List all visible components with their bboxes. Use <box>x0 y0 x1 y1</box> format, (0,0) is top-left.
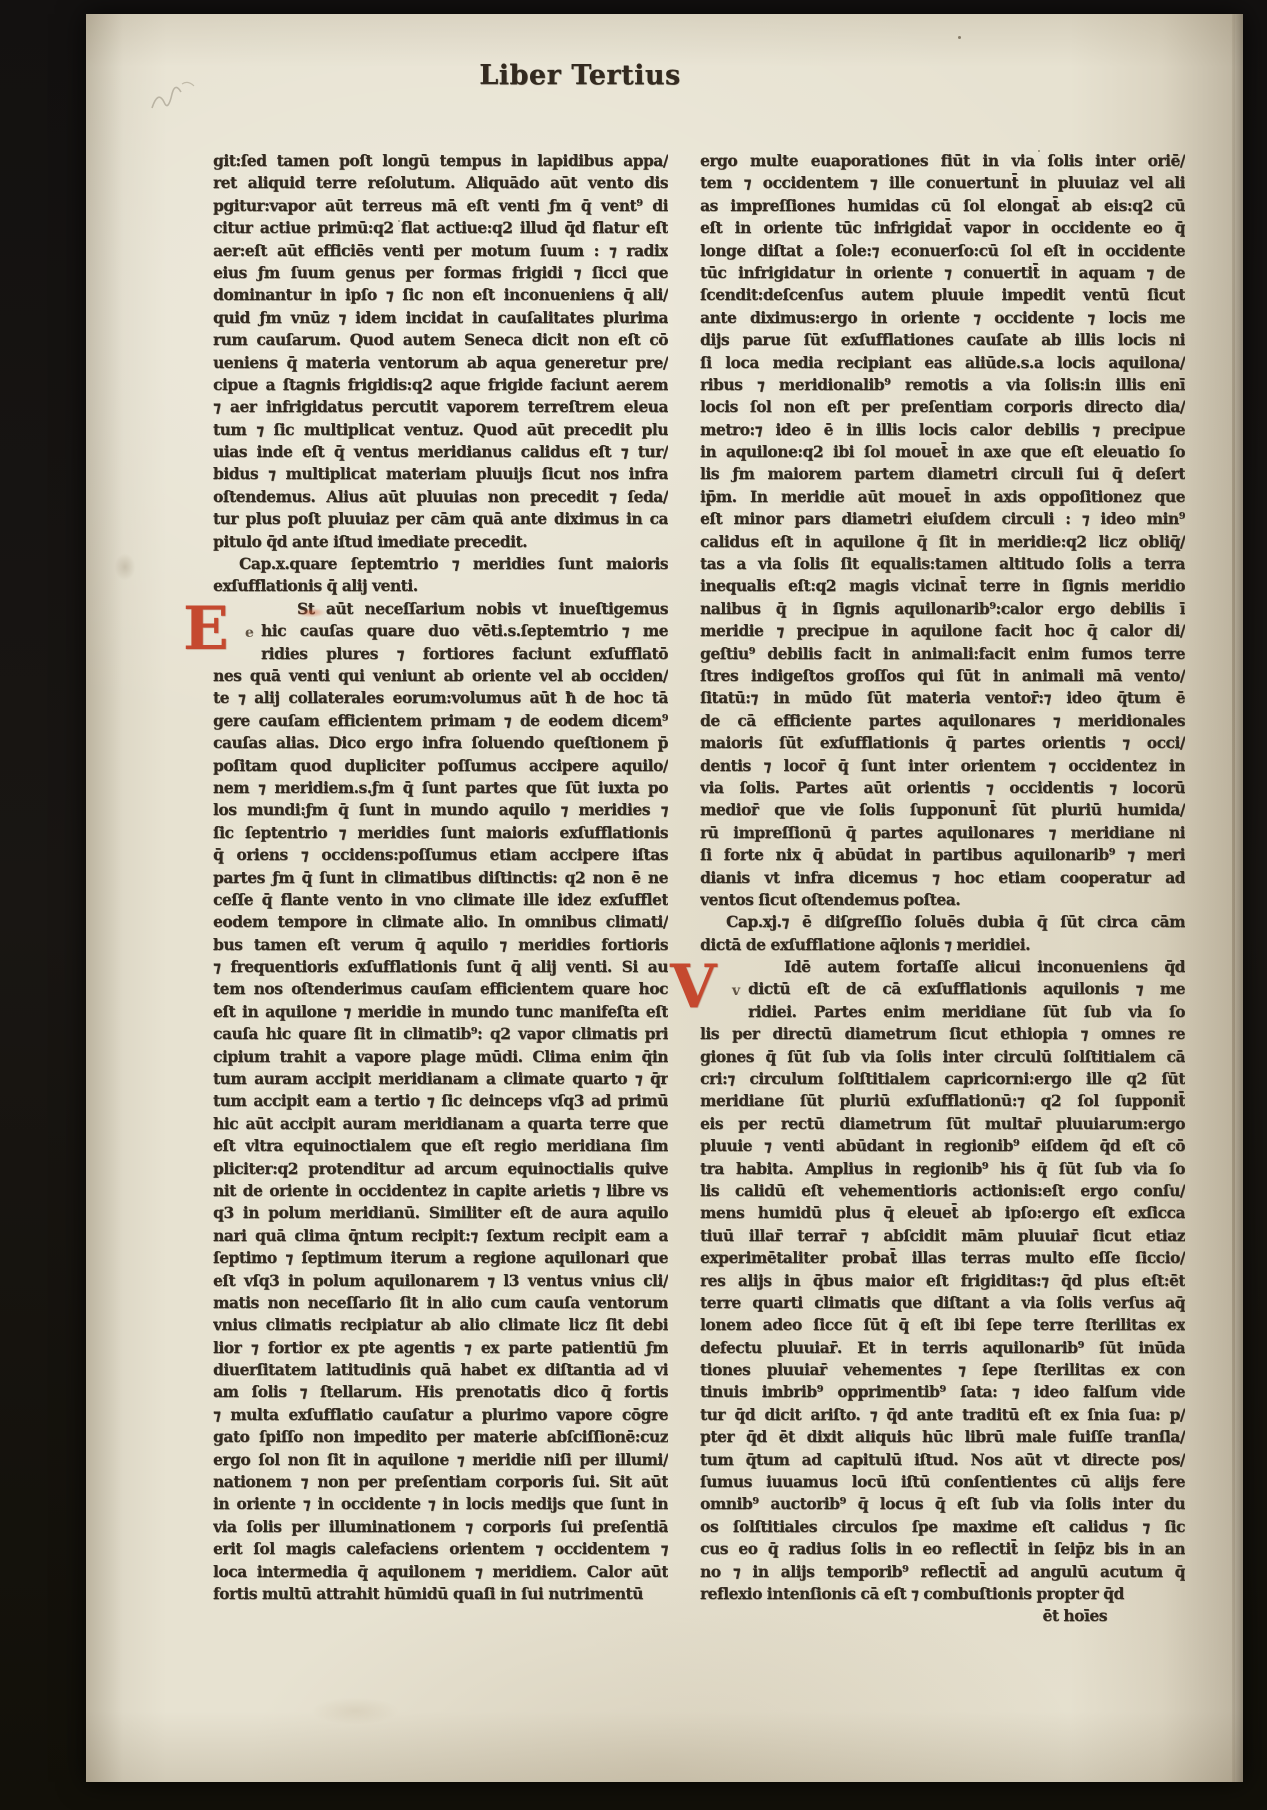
text-line: tūc infrigidatur in oriente ⁊ conuertit̄… <box>700 262 1185 284</box>
text-line: poſitam quod dupliciter poſſumus acciper… <box>213 755 668 777</box>
text-line: lonem adeo ſicce ſūt q̄ eſt ibi ſepe ter… <box>700 1314 1185 1336</box>
text-line: Idē autem fortaſſe alicui inconueniens q… <box>700 956 1185 978</box>
text-line: via ſolis per illuminationem ⁊ corporis … <box>213 1516 668 1538</box>
text-line: am ſolis ⁊ ſtellarum. His prenotatis dic… <box>213 1381 668 1403</box>
text-line: in oriente ⁊ in occidente ⁊ in locis med… <box>213 1493 668 1515</box>
text-line: cipue a ſtagnis frigidis:q2 aque frigide… <box>213 374 668 396</box>
text-line: matis non neceſſario ſit in alio cum cau… <box>213 1292 668 1314</box>
text-line: te ⁊ alij collaterales eorum:volumus aūt… <box>213 687 668 709</box>
text-line: nari quā clima q̄ntum recipit:⁊ ſextum r… <box>213 1225 668 1247</box>
text-line: no ⁊ in alijs temporib⁹ reflectit̄ ad an… <box>700 1561 1185 1583</box>
text-line: tra habita. Amplius in regionib⁹ his q̄ … <box>700 1158 1185 1180</box>
guide-letter: e <box>245 626 253 640</box>
text-line: quid ƒm vnūz ⁊ idem incidat in cauſalita… <box>213 307 668 329</box>
text-line: fortis multū attrahit hūmidū quaſi in ſu… <box>213 1583 668 1605</box>
dust-speck <box>398 220 400 222</box>
text-line: tiuū illar̄ terrar̄ ⁊ abſcidit mām pluui… <box>700 1225 1185 1247</box>
chapter-heading: Cap.x.quare ſeptemtrio ⁊ meridies ſunt m… <box>213 553 668 598</box>
text-line: nationem ⁊ non per preſentiam corporis ſ… <box>213 1471 668 1493</box>
book-page: Liber Tertius git:ſed tamen poſt longū t… <box>86 14 1243 1782</box>
text-line: dianis vt infra dicemus ⁊ hoc etiam coop… <box>700 867 1185 889</box>
text-line: Cap.xj.⁊ ē diſgreſſio ſoluēs dubia q̄ ſū… <box>700 911 1185 933</box>
text-line: St aūt neceſſarium nobis vt inueſtigemus <box>213 598 668 620</box>
text-line: ſic ſeptentrio ⁊ meridies ſunt maioris e… <box>213 822 668 844</box>
text-line: dentis ⁊ locor̄ q̄ ſunt inter orientem ⁊… <box>700 755 1185 777</box>
chapter-heading: Cap.xj.⁊ ē diſgreſſio ſoluēs dubia q̄ ſū… <box>700 911 1185 956</box>
text-line: tem ⁊ occidentem ⁊ ille conuertunt̄ in p… <box>700 172 1185 194</box>
dust-speck <box>1038 150 1040 152</box>
text-line: as impreſſiones humidas cū ſol elongat̄ … <box>700 195 1185 217</box>
text-line: ēt hoīes <box>700 1605 1185 1627</box>
text-line: ſi forte nix q̄ abūdat in partibus aquil… <box>700 844 1185 866</box>
text-line: bus tamen eſt verum q̄ aquilo ⁊ meridies… <box>213 934 668 956</box>
paragraph: EeSt aūt neceſſarium nobis vt inueſtigem… <box>213 598 668 1606</box>
text-line: longe diſtat a ſole:⁊ econuerſo:cū ſol e… <box>700 240 1185 262</box>
text-line: tum auram accipit meridianam a climate q… <box>213 1068 668 1090</box>
text-line: reflexio intenſionis cā eſt ⁊ combuſtion… <box>700 1583 1185 1605</box>
rubricated-initial: V <box>670 958 716 1016</box>
text-line: hic cauſas quare duo vēti.s.ſeptemtrio ⁊… <box>213 620 668 642</box>
text-line: hic aūt accipit auram meridianam a quart… <box>213 1113 668 1135</box>
text-line: erit ſol magis calefaciens orientem ⁊ oc… <box>213 1538 668 1560</box>
text-line: rum cauſarum. Quod autem Seneca dicit no… <box>213 329 668 351</box>
text-line: bidus ⁊ multiplicat materiam pluuijs ſic… <box>213 463 668 485</box>
text-line: ⁊ aer infrigidatus percutit vaporem terr… <box>213 396 668 418</box>
text-line: ridies plures ⁊ fortiores faciunt exſuff… <box>213 643 668 665</box>
text-line: dictā de exſufflatione aq̄lonis ⁊ meridi… <box>700 934 1185 956</box>
text-line: ⁊ frequentioris exſufflationis ſunt q̄ a… <box>213 956 668 978</box>
text-line: cri:⁊ circulum ſolſtitialem capricorni:e… <box>700 1068 1185 1090</box>
text-line: los mundi:ƒm q̄ ſunt in mundo aquilo ⁊ m… <box>213 799 668 821</box>
page-crease <box>1232 14 1235 1782</box>
text-line: dominantur in ipſo ⁊ ſic non eſt inconue… <box>213 284 668 306</box>
text-line: exſufflationis q̄ alij venti. <box>213 575 668 597</box>
text-line: tum q̄tum ad capitulū iſtud. Nos aūt vt … <box>700 1449 1185 1471</box>
text-line: gere cauſam efficientem primam ⁊ de eode… <box>213 710 668 732</box>
text-line: eſt vltra equinoctialem que eſt regio me… <box>213 1135 668 1157</box>
text-line: cus eo q̄ radius ſolis in eo reflectit̄ … <box>700 1538 1185 1560</box>
text-line: mens humidū plus q̄ eleuet̄ ab ipſo:ergo… <box>700 1202 1185 1224</box>
text-line: eſt vſq3 in polum aquilonarem ⁊ l3 ventu… <box>213 1270 668 1292</box>
text-line: ſeptimo ⁊ ſeptimum iterum a regione aqui… <box>213 1247 668 1269</box>
text-line: citur actiue primū:q2 flat actiue:q2 ill… <box>213 217 668 239</box>
stain <box>300 1694 410 1728</box>
text-line: cauſa hic quare ſit in climatib⁹: q2 vap… <box>213 1023 668 1045</box>
text-line: maioris ſūt exſufflationis q̄ partes ori… <box>700 732 1185 754</box>
text-line: terre quarti climatis que diſtant a via … <box>700 1292 1185 1314</box>
text-line: rū impreſſionū q̄ partes aquilonares ⁊ m… <box>700 822 1185 844</box>
text-line: q̄ oriens ⁊ occidens:poſſumus etiam acci… <box>213 844 668 866</box>
scan-background: Liber Tertius git:ſed tamen poſt longū t… <box>0 0 1267 1810</box>
text-line: defectu pluuiar̄. Et in terris aquilonar… <box>700 1337 1185 1359</box>
marginalia-mark <box>148 72 200 120</box>
text-line: tinuis imbrib⁹ opprimentib⁹ ſata: ⁊ ideo… <box>700 1381 1185 1403</box>
text-line: ergo ſol non ſit in aquilone ⁊ meridie n… <box>213 1449 668 1471</box>
text-line: tiones pluuiar̄ vehementes ⁊ ſepe ſteril… <box>700 1359 1185 1381</box>
paragraph: VvIdē autem fortaſſe alicui inconueniens… <box>700 956 1185 1605</box>
text-line: tum accipit eam a tertio ⁊ ſic deinceps … <box>213 1090 668 1112</box>
text-line: os ſolſtitiales circulos ſpe maxime eſt … <box>700 1516 1185 1538</box>
text-line: ret aliquid terre reſolutum. Aliquādo aū… <box>213 172 668 194</box>
text-line: cipium trahit a vapore plage mūdi. Clima… <box>213 1046 668 1068</box>
stain <box>786 314 1086 734</box>
text-line: ſcendit:deſcenſus autem pluuie impedit v… <box>700 284 1185 306</box>
text-line: loca intermedia q̄ aquilonem ⁊ meridiem.… <box>213 1561 668 1583</box>
red-smudge <box>291 606 331 619</box>
text-line: dictū eſt de cā exſufflationis aquilonis… <box>700 978 1185 1000</box>
text-line: pluuie ⁊ venti abūdant in regionib⁹ eiſd… <box>700 1135 1185 1157</box>
text-line: ceſſe q̄ flante vento in vno climate ill… <box>213 889 668 911</box>
text-line: nit de oriente in occidentez in capite a… <box>213 1180 668 1202</box>
running-title: Liber Tertius <box>86 60 1074 91</box>
text-line: lior ⁊ fortior ex pte agentis ⁊ ex parte… <box>213 1337 668 1359</box>
text-line: pgitur:vapor aūt terreus mā eſt venti ƒm… <box>213 195 668 217</box>
text-line: pitulo q̄d ante iſtud imediate precedit. <box>213 531 668 553</box>
text-line: ⁊ multa exſufflatio cauſatur a plurimo v… <box>213 1404 668 1426</box>
catchword: ēt hoīes <box>700 1605 1185 1627</box>
text-line: pliciter:q2 protenditur ad arcum equinoc… <box>213 1158 668 1180</box>
text-line: uias inde eſt q̄ ventus meridianus calid… <box>213 441 668 463</box>
text-line: res alijs in q̄bus maior eſt frigiditas:… <box>700 1270 1185 1292</box>
text-line: meridiane ſūt pluriū exſufflationū:⁊ q2 … <box>700 1090 1185 1112</box>
text-line: eodem tempore in climate alio. In omnibu… <box>213 911 668 933</box>
text-line: tur plus poſt pluuiaz per cām quā ante d… <box>213 508 668 530</box>
text-line: Cap.x.quare ſeptemtrio ⁊ meridies ſunt m… <box>213 553 668 575</box>
paragraph: git:ſed tamen poſt longū tempus in lapid… <box>213 150 668 553</box>
text-line: ridiei. Partes enim meridiane ſūt ſub vi… <box>700 1001 1185 1023</box>
text-line: eſt in aquilone ⁊ meridie in mundo tunc … <box>213 1001 668 1023</box>
text-line: eis per rectū diametrum ſūt multar̄ pluu… <box>700 1113 1185 1135</box>
text-column-left: git:ſed tamen poſt longū tempus in lapid… <box>213 150 668 1605</box>
text-line: git:ſed tamen poſt longū tempus in lapid… <box>213 150 668 172</box>
text-line: ventos ſicut oſtendemus poſtea. <box>700 889 1185 911</box>
text-line: omnib⁹ auctorib⁹ q̄ locus q̄ eſt ſub via… <box>700 1493 1185 1515</box>
dust-speck <box>958 36 961 39</box>
text-line: oſtendemus. Alius aūt pluuias non preced… <box>213 486 668 508</box>
text-line: nem ⁊ meridiem.s.ƒm q̄ ſunt partes que ſ… <box>213 777 668 799</box>
rubricated-initial: E <box>183 600 228 658</box>
text-line: vnius climatis recipiatur ab alio climat… <box>213 1314 668 1336</box>
text-line: gato ſpiſſo non impedito per materie abſ… <box>213 1426 668 1448</box>
text-line: tem nos oſtenderimus cauſam efficientem … <box>213 978 668 1000</box>
text-line: nes quā venti qui veniunt ab oriente vel… <box>213 665 668 687</box>
text-line: tum ⁊ ſic multiplicat ventuz. Quod aūt p… <box>213 419 668 441</box>
text-line: pter q̄d ēt dixit aliquis hūc librū male… <box>700 1426 1185 1448</box>
text-line: cauſas alias. Dico ergo infra ſoluendo q… <box>213 732 668 754</box>
text-line: medior̄ que vie ſolis ſupponunt̄ ſūt plu… <box>700 799 1185 821</box>
text-line: diuerſitatem latitudinis quā habet ex di… <box>213 1359 668 1381</box>
text-line: ueniens q̄ materia ventorum ab aqua gene… <box>213 352 668 374</box>
text-line: via ſolis. Partes aūt orientis ⁊ occiden… <box>700 777 1185 799</box>
text-line: tur q̄d dicit ariſto. ⁊ q̄d ante traditū… <box>700 1404 1185 1426</box>
text-line: eſt in oriente tūc infrigidat̄ vapor in … <box>700 217 1185 239</box>
guide-letter: v <box>732 984 740 998</box>
text-line: ſumus iuuamus locū iſtū conſentientes cū… <box>700 1471 1185 1493</box>
text-line: lis per directū diametrum ſicut ethiopia… <box>700 1023 1185 1045</box>
text-line: experimētaliter probat̄ illas terras mul… <box>700 1247 1185 1269</box>
text-line: eius ƒm ſuum genus per formas frigidi ⁊ … <box>213 262 668 284</box>
text-line: aer:eſt aūt efficiēs venti per motum ſuu… <box>213 240 668 262</box>
stain <box>112 550 138 584</box>
text-line: partes ƒm q̄ ſunt in climatibus diſtinct… <box>213 867 668 889</box>
text-line: ergo multe euaporationes fiūt in via ſol… <box>700 150 1185 172</box>
text-line: giones q̄ ſūt ſub via ſolis inter circul… <box>700 1046 1185 1068</box>
text-line: q3 in polum meridianū. Similiter eſt de … <box>213 1202 668 1224</box>
text-line: lis calidū eſt vehementioris actionis:eſ… <box>700 1180 1185 1202</box>
